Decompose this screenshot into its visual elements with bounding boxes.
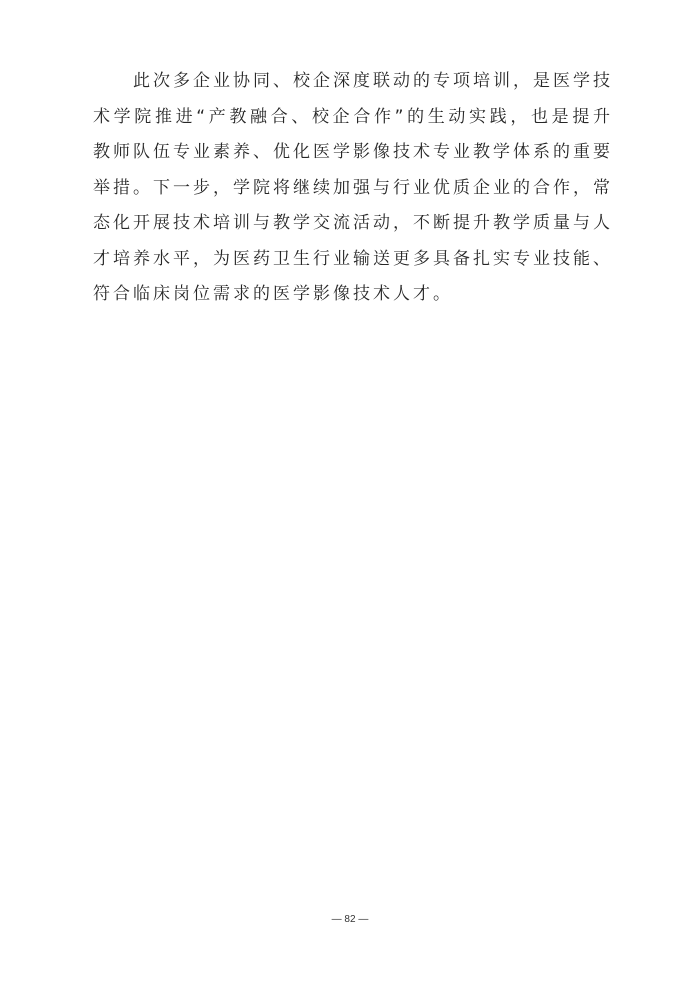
page-number: — 82 —: [0, 914, 700, 925]
document-page: 此次多企业协同、校企深度联动的专项培训，是医学技术学院推进“产教融合、校企合作”…: [0, 0, 700, 989]
body-paragraph: 此次多企业协同、校企深度联动的专项培训，是医学技术学院推进“产教融合、校企合作”…: [93, 64, 613, 313]
